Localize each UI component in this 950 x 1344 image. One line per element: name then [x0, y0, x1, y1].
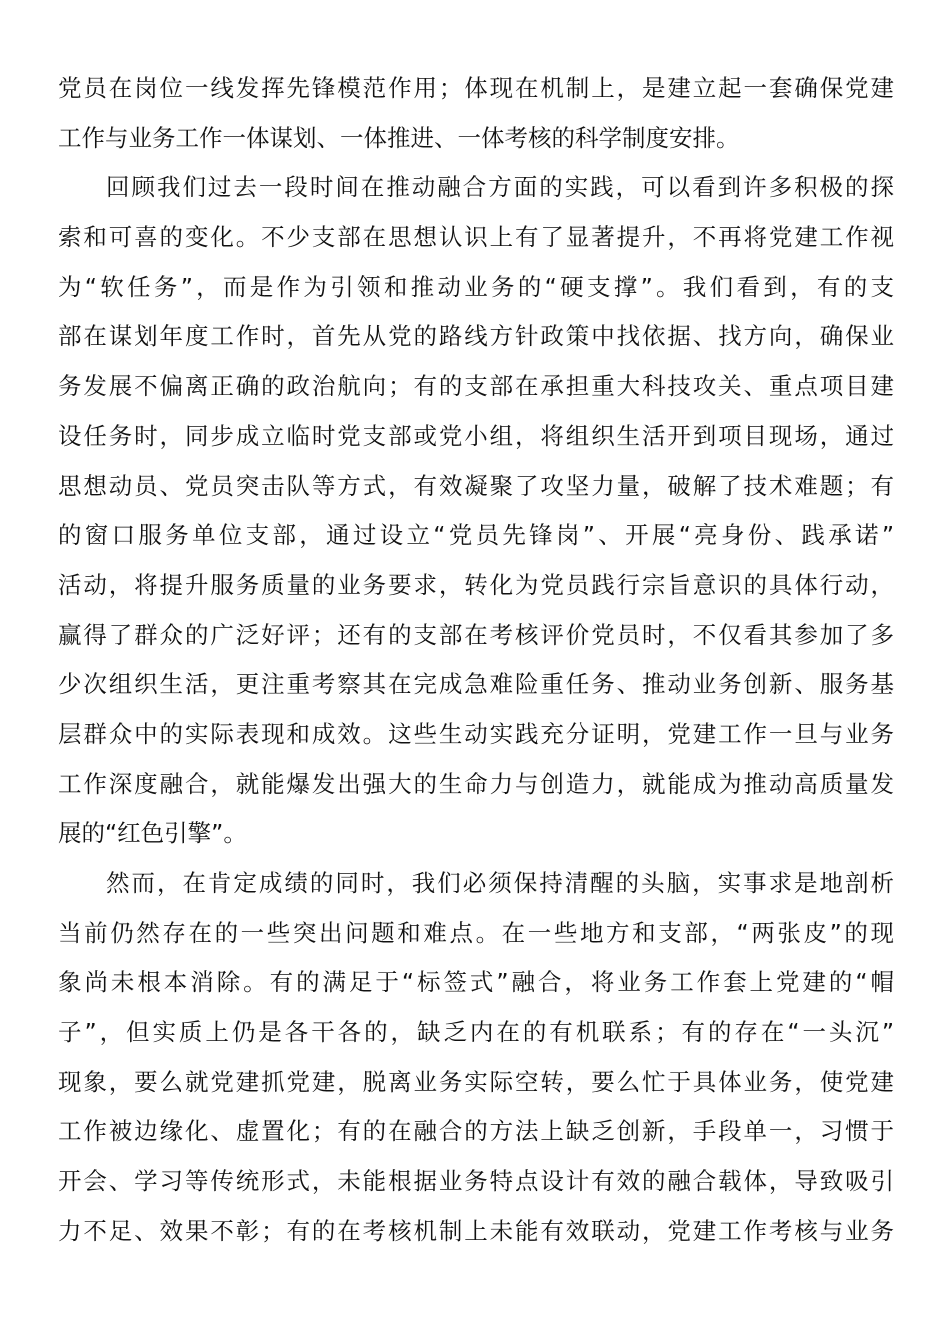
paragraph: 然而，在肯定成绩的同时，我们必须保持清醒的头脑，实事求是地剖析 当前仍然存在的一… [58, 859, 894, 1257]
text-line: 务发展不偏离正确的政治航向；有的支部在承担重大科技攻关、重点项目建 [58, 362, 894, 412]
document-page: 党员在岗位一线发挥先锋模范作用；体现在机制上，是建立起一套确保党建 工作与业务工… [58, 64, 894, 1257]
text-line: 现象，要么就党建抓党建，脱离业务实际空转，要么忙于具体业务，使党建 [58, 1058, 894, 1108]
text-line: 当前仍然存在的一些突出问题和难点。在一些地方和支部，“两张皮”的现 [58, 909, 894, 959]
text-line: 层群众中的实际表现和成效。这些生动实践充分证明，党建工作一旦与业务 [58, 710, 894, 760]
text-line: 部在谋划年度工作时，首先从党的路线方针政策中找依据、找方向，确保业 [58, 312, 894, 362]
text-line: 索和可喜的变化。不少支部在思想认识上有了显著提升，不再将党建工作视 [58, 213, 894, 263]
text-line: 子”，但实质上仍是各干各的，缺乏内在的有机联系；有的存在“一头沉” [58, 1008, 894, 1058]
text-line: 党员在岗位一线发挥先锋模范作用；体现在机制上，是建立起一套确保党建 [58, 64, 894, 114]
text-line: 力不足、效果不彰；有的在考核机制上未能有效联动，党建工作考核与业务 [58, 1207, 894, 1257]
text-line: 然而，在肯定成绩的同时，我们必须保持清醒的头脑，实事求是地剖析 [58, 859, 894, 909]
text-line: 思想动员、党员突击队等方式，有效凝聚了攻坚力量，破解了技术难题；有 [58, 462, 894, 512]
text-line: 的窗口服务单位支部，通过设立“党员先锋岗”、开展“亮身份、践承诺” [58, 511, 894, 561]
text-line: 开会、学习等传统形式，未能根据业务特点设计有效的融合载体，导致吸引 [58, 1157, 894, 1207]
text-line: 工作与业务工作一体谋划、一体推进、一体考核的科学制度安排。 [58, 114, 894, 164]
text-line: 赢得了群众的广泛好评；还有的支部在考核评价党员时，不仅看其参加了多 [58, 611, 894, 661]
text-line: 象尚未根本消除。有的满足于“标签式”融合，将业务工作套上党建的“帽 [58, 958, 894, 1008]
text-line: 工作被边缘化、虚置化；有的在融合的方法上缺乏创新，手段单一，习惯于 [58, 1107, 894, 1157]
text-line: 回顾我们过去一段时间在推动融合方面的实践，可以看到许多积极的探 [58, 163, 894, 213]
text-line: 活动，将提升服务质量的业务要求，转化为党员践行宗旨意识的具体行动， [58, 561, 894, 611]
text-line: 为“软任务”，而是作为引领和推动业务的“硬支撑”。我们看到，有的支 [58, 263, 894, 313]
text-line: 工作深度融合，就能爆发出强大的生命力与创造力，就能成为推动高质量发 [58, 760, 894, 810]
text-line: 展的“红色引擎”。 [58, 809, 894, 859]
text-line: 少次组织生活，更注重考察其在完成急难险重任务、推动业务创新、服务基 [58, 660, 894, 710]
paragraph: 回顾我们过去一段时间在推动融合方面的实践，可以看到许多积极的探 索和可喜的变化。… [58, 163, 894, 859]
text-line: 设任务时，同步成立临时党支部或党小组，将组织生活开到项目现场，通过 [58, 412, 894, 462]
paragraph: 党员在岗位一线发挥先锋模范作用；体现在机制上，是建立起一套确保党建 工作与业务工… [58, 64, 894, 163]
